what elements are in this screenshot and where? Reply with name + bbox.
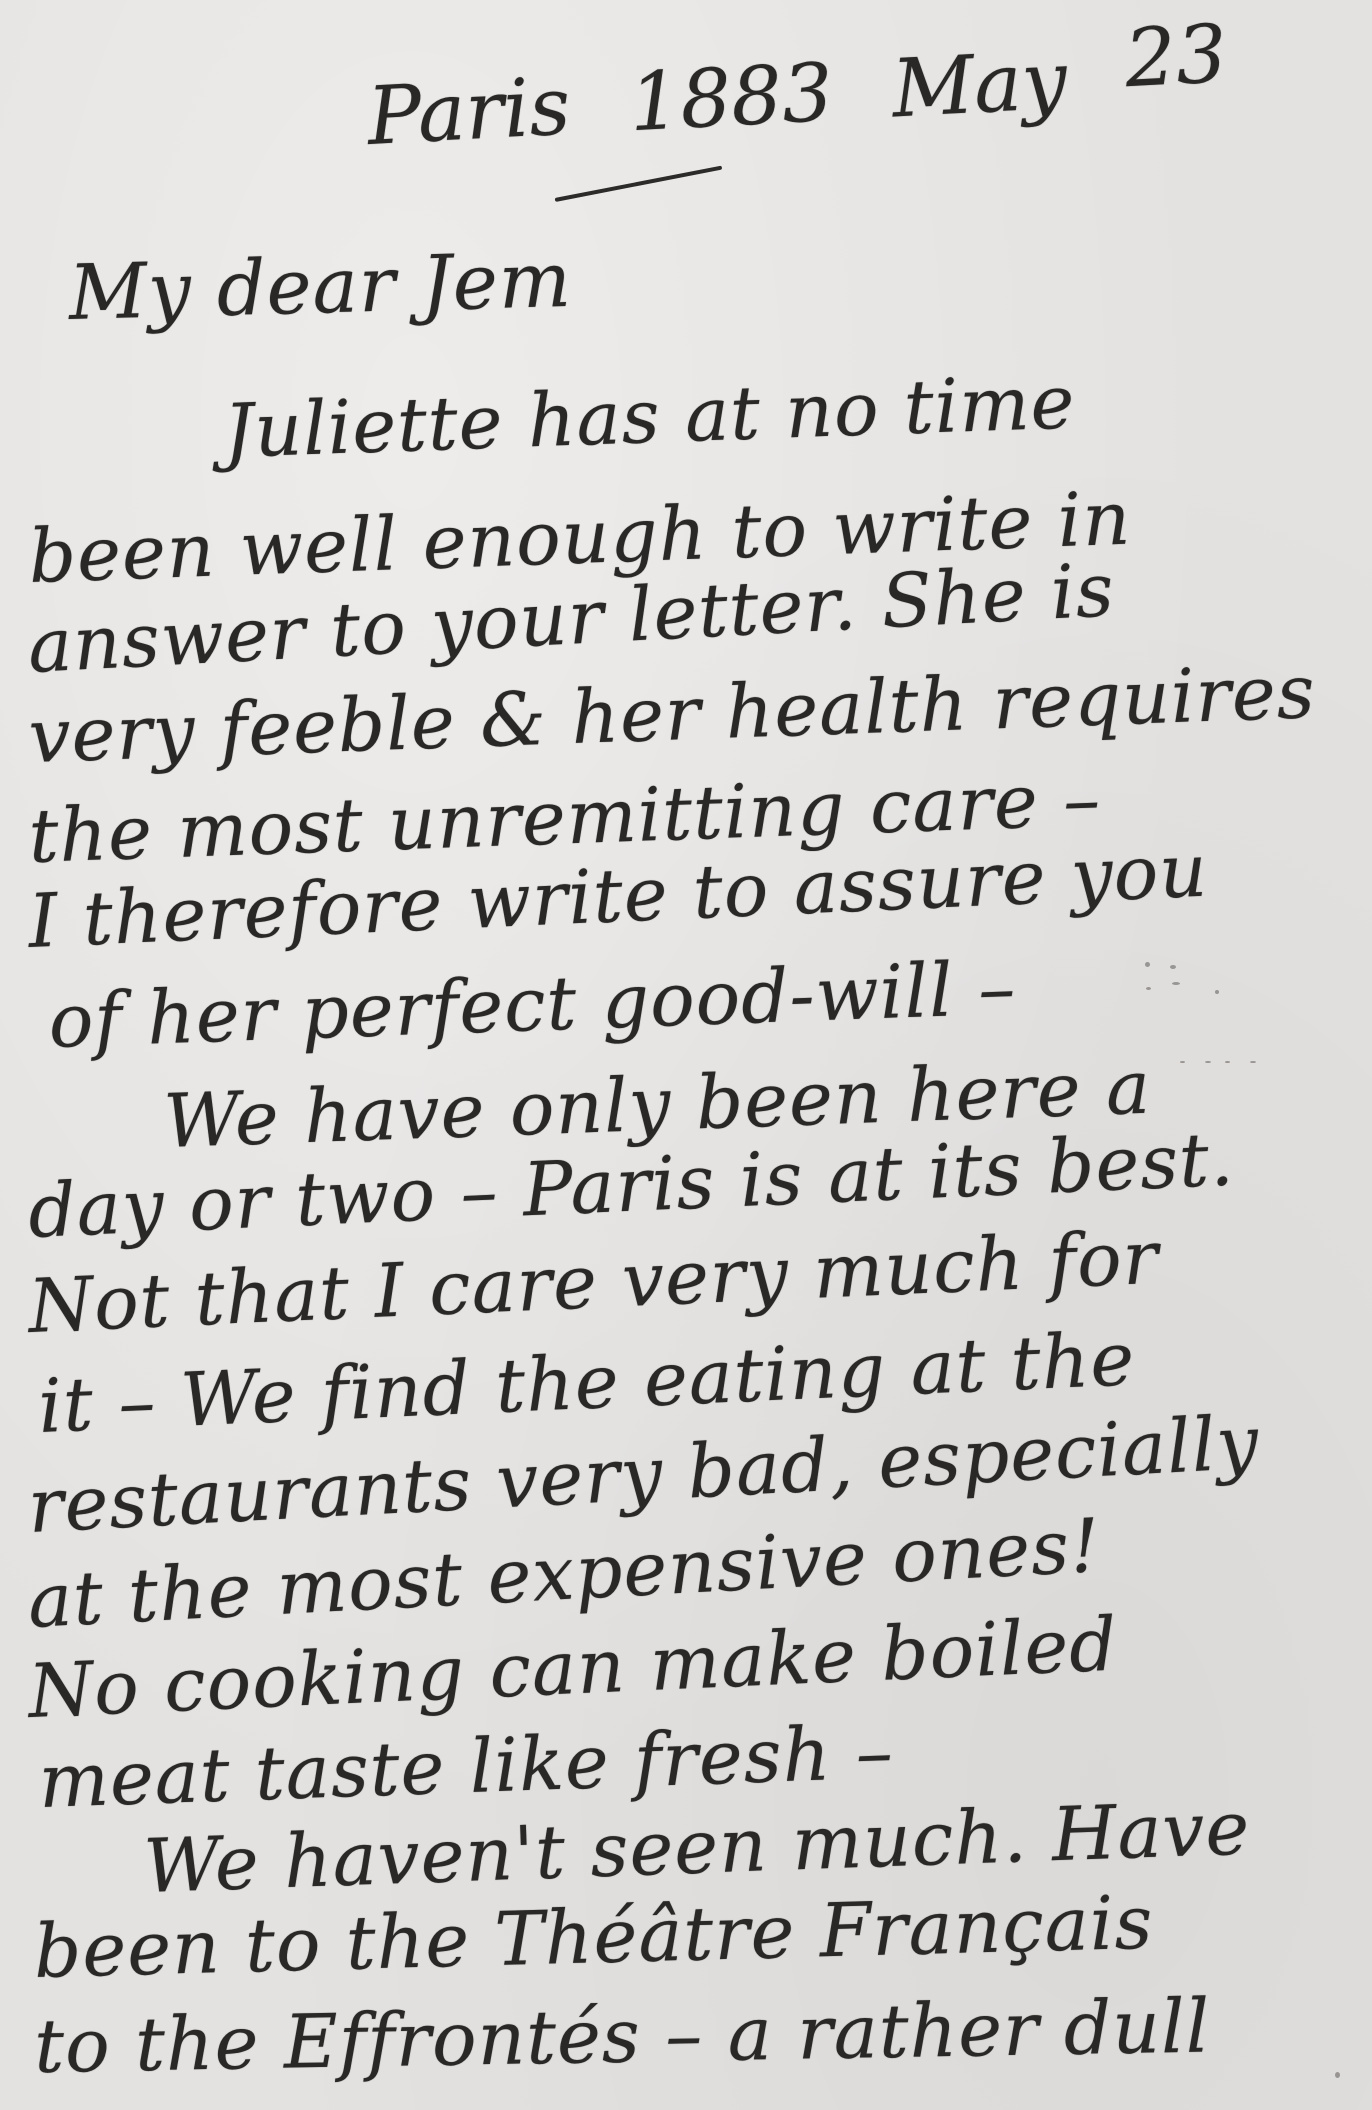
salutation: My dear Jem xyxy=(68,242,573,331)
dateline-place: Paris xyxy=(365,60,572,163)
dateline-year: 1883 xyxy=(627,46,835,150)
letter-line: of her perfect good-will – xyxy=(47,951,1017,1059)
dateline-day: 23 xyxy=(1123,7,1230,105)
letter-dateline: Paris 1883 May 23 xyxy=(365,23,1264,163)
letter-page: Paris 1883 May 23 My dear Jem Juliette h… xyxy=(0,0,1372,2110)
paper-speck xyxy=(1180,1061,1185,1063)
paper-speck xyxy=(1145,962,1150,967)
paper-speck xyxy=(1205,1061,1211,1063)
paper-speck xyxy=(1170,965,1176,969)
dateline-month: May xyxy=(890,33,1069,135)
paper-speck xyxy=(1215,990,1219,994)
letter-line: Juliette has at no time xyxy=(222,365,1076,469)
paper-speck xyxy=(1250,1061,1256,1063)
dateline-flourish xyxy=(555,166,723,202)
paper-speck xyxy=(1225,1061,1230,1063)
letter-line: to the Effrontés – a rather dull xyxy=(34,1989,1211,2084)
paper-speck xyxy=(1335,2072,1340,2078)
paper-speck xyxy=(1172,982,1180,985)
paper-speck xyxy=(1146,987,1151,990)
